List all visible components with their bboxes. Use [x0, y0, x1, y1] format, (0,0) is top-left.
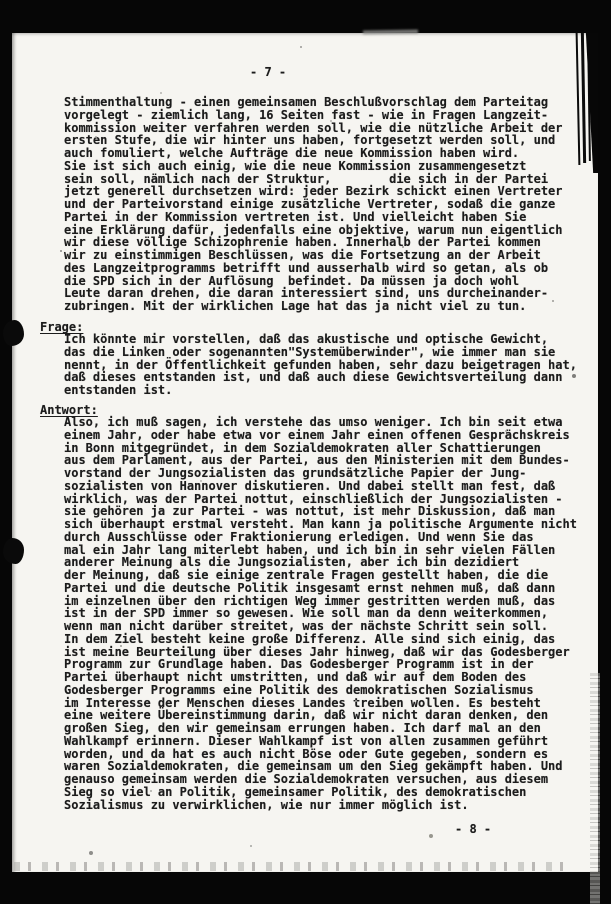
binding-mark	[3, 538, 24, 564]
intro-paragraph: Stimmenthaltung - einen gemeinsamen Besc…	[64, 96, 563, 313]
scan-edge-noise	[590, 673, 600, 904]
scan-specks	[0, 0, 2, 2]
scan-edge-noise	[14, 862, 574, 871]
page-curl-line	[581, 33, 586, 163]
question-paragraph: Ich könnte mir vorstellen, daß das akust…	[64, 333, 577, 397]
page-number-top: - 7 -	[250, 66, 286, 79]
page-curl-line	[576, 33, 581, 165]
answer-paragraph: Also, ich muß sagen, ich verstehe das um…	[64, 416, 577, 811]
page-number-bottom: - 8 -	[455, 823, 491, 836]
paper-sheet: - 7 - Stimmenthaltung - einen gemeinsame…	[12, 33, 598, 872]
scanned-document: - 7 - Stimmenthaltung - einen gemeinsame…	[0, 0, 611, 904]
